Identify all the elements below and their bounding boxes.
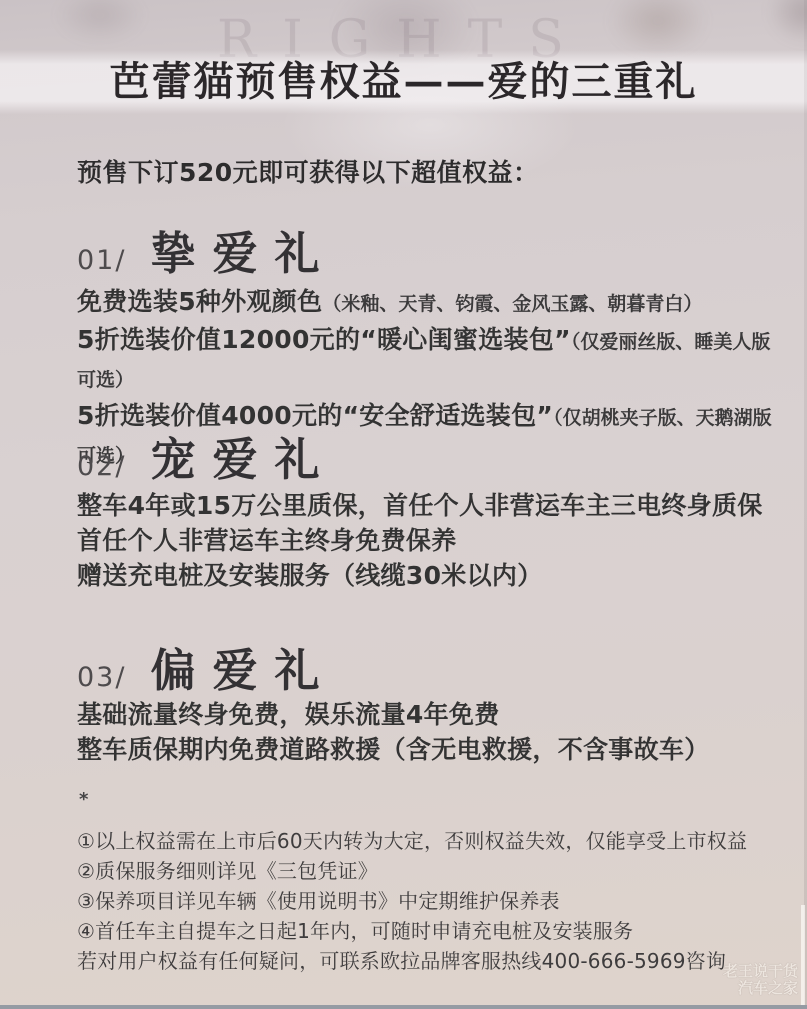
right-edge-light-strip (801, 905, 805, 1005)
section-2-body: 整车4年或15万公里质保，首任个人非营运车主三电终身质保 首任个人非营运车主终身… (77, 488, 787, 593)
benefit-line: 赠送充电桩及安装服务（线缆30米以内） (77, 558, 787, 593)
footnote-line: ②质保服务细则详见《三包凭证》 (77, 856, 787, 886)
footnote-line: 若对用户权益有任何疑问，可联系欧拉品牌客服热线400-666-5969咨询 (77, 946, 787, 976)
benefit-line: 整车质保期内免费道路救援（含无电救援，不含事故车） (77, 732, 787, 767)
section-2-title: 宠爱礼 (150, 423, 336, 488)
section-2-header: 02/ 宠爱礼 (77, 423, 336, 488)
bottom-divider-bar (0, 1005, 807, 1009)
section-3-header: 03/ 偏爱礼 (77, 634, 336, 699)
benefit-line: 整车4年或15万公里质保，首任个人非营运车主三电终身质保 (77, 488, 787, 523)
footnote-line: ③保养项目详见车辆《使用说明书》中定期维护保养表 (77, 886, 787, 916)
footnote-line: ④首任车主自提车之日起1年内，可随时申请充电桩及安装服务 (77, 916, 787, 946)
footnote-marker: * (79, 789, 88, 810)
page-title: 芭蕾猫预售权益——爱的三重礼 (0, 52, 807, 112)
footnote-line: ①以上权益需在上市后60天内转为大定，否则权益失效，仅能享受上市权益 (77, 826, 787, 856)
section-2-number: 02/ (77, 451, 126, 482)
section-1-number: 01/ (77, 245, 126, 276)
benefit-line: 首任个人非营运车主终身免费保养 (77, 523, 787, 558)
benefit-line: 免费选装5种外观颜色（米釉、天青、钧霞、金风玉露、朝暮青白） (77, 284, 787, 322)
credit-line-1: 老王说干货 (723, 963, 798, 980)
credit-line-2: 汽车之家 (723, 980, 798, 997)
benefit-line: 基础流量终身免费，娱乐流量4年免费 (77, 697, 787, 732)
benefit-line: 5折选装价值12000元的“暖心闺蜜选装包”（仅爱丽丝版、睡美人版可选） (77, 322, 787, 398)
section-1-title: 挚爱礼 (150, 217, 336, 282)
subtitle: 预售下订520元即可获得以下超值权益： (77, 153, 539, 189)
benefit-note: （米釉、天青、钧霞、金风玉露、朝暮青白） (322, 293, 702, 315)
section-3-title: 偏爱礼 (150, 634, 336, 699)
promo-poster: RIGHTS 芭蕾猫预售权益——爱的三重礼 预售下订520元即可获得以下超值权益… (0, 0, 807, 1009)
credit-watermark: 老王说干货 汽车之家 (723, 963, 798, 997)
section-1-header: 01/ 挚爱礼 (77, 217, 336, 282)
section-3-number: 03/ (77, 662, 126, 693)
footnotes: ①以上权益需在上市后60天内转为大定，否则权益失效，仅能享受上市权益 ②质保服务… (77, 826, 787, 976)
section-3-body: 基础流量终身免费，娱乐流量4年免费 整车质保期内免费道路救援（含无电救援，不含事… (77, 697, 787, 767)
